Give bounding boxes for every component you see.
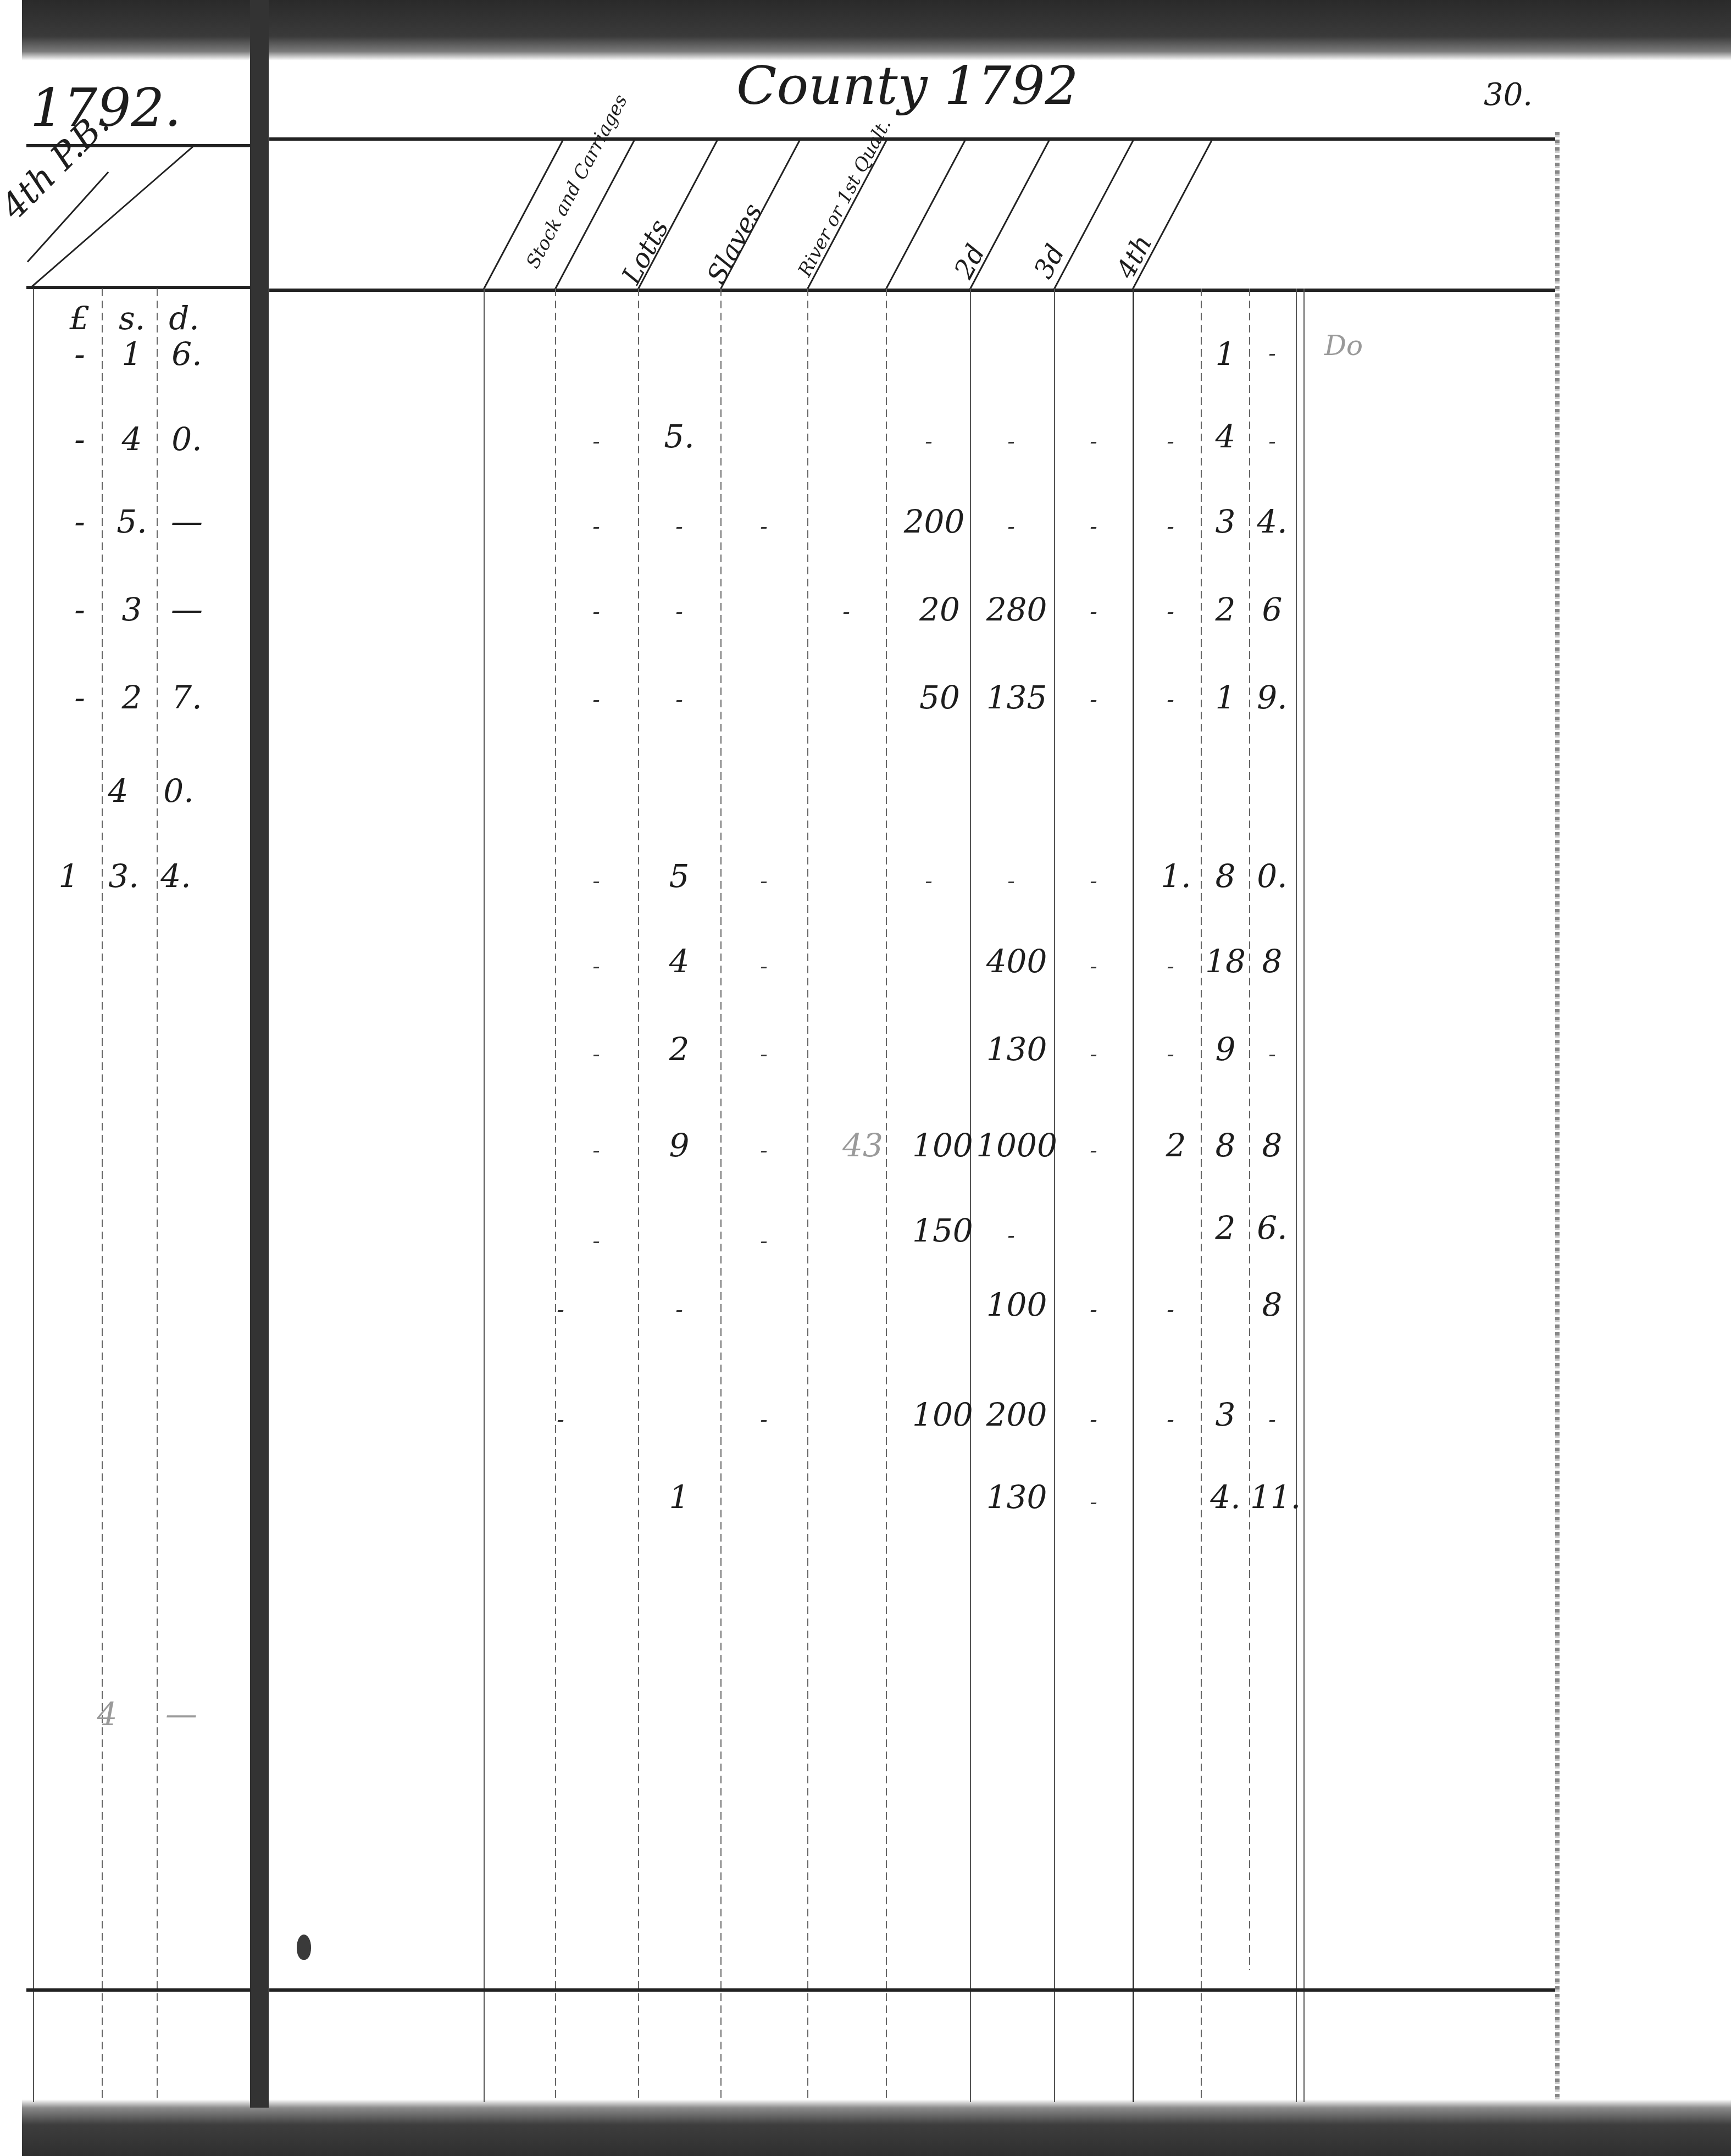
cell-total-pounds: 1 <box>1203 679 1247 716</box>
cell-stock: - <box>539 1407 582 1432</box>
subheader-pence: d. <box>165 300 203 337</box>
cell-4th: - <box>1149 1041 1192 1067</box>
column-header-lotts: Lotts <box>616 214 675 289</box>
cell-3d: - <box>1072 514 1116 539</box>
cell-lotts: - <box>657 687 701 712</box>
cell-total-pounds: 18 <box>1203 943 1247 980</box>
cell-slaves: - <box>742 1041 786 1067</box>
cell-total-shillings: 8 <box>1250 943 1294 980</box>
ink-blot-icon <box>297 1935 311 1960</box>
cell-pence: — <box>165 503 209 540</box>
cell-shillings: 4 <box>113 420 151 458</box>
cell-slaves: - <box>824 599 868 624</box>
page-number: 30. <box>1484 77 1533 113</box>
cell-2d: 130 <box>984 1478 1050 1516</box>
column-rule <box>1296 289 1297 2102</box>
cell-total-pounds: 2 <box>1203 591 1247 628</box>
header-bottom-rule <box>269 289 1555 292</box>
column-rule <box>1303 289 1305 2102</box>
column-rule <box>720 289 722 2102</box>
left-col-rule <box>33 289 34 2102</box>
cell-river: 100 <box>912 1127 973 1164</box>
cell-total-pounds: 1 <box>1203 335 1247 373</box>
cell-river: 20 <box>912 591 967 628</box>
cell-total-pounds: 4 <box>1203 418 1247 455</box>
cell-pounds: - <box>60 420 99 458</box>
cell-river: 50 <box>912 679 967 716</box>
cell-total-shillings: 8 <box>1250 1286 1294 1323</box>
page-edge-right <box>1555 132 1560 2099</box>
cell-lotts: 4 <box>657 943 701 980</box>
cell-total-shillings: 0. <box>1250 857 1294 895</box>
cell-2d: - <box>989 1223 1033 1248</box>
cell-shillings: 2 <box>113 679 151 716</box>
cell-lotts: - <box>657 1297 701 1322</box>
column-rule <box>807 289 808 2102</box>
cell-pounds: - <box>60 679 99 716</box>
cell-total-shillings: - <box>1250 1407 1294 1432</box>
cell-pence: 0. <box>165 420 209 458</box>
cell-total-pounds: 9 <box>1203 1030 1247 1068</box>
cell-2d: - <box>989 514 1033 539</box>
column-header-3d: 3d <box>1028 240 1071 284</box>
cell-4th: - <box>1149 1297 1192 1322</box>
cell-lotts: 9 <box>657 1127 701 1164</box>
cell-lotts: 5 <box>657 857 701 895</box>
column-header-slaves: Slaves <box>701 198 769 289</box>
cell-slaves: - <box>742 514 786 539</box>
cell-extra: 43 <box>835 1127 890 1164</box>
cell-total-shillings: 9. <box>1250 679 1294 716</box>
cell-3d: - <box>1072 1041 1116 1067</box>
cell-3d: - <box>1072 954 1116 979</box>
cell-4th: 2 <box>1154 1127 1198 1164</box>
cell-4th: - <box>1149 599 1192 624</box>
cell-3d: - <box>1072 429 1116 454</box>
cell-2d: - <box>989 868 1033 894</box>
cell-river: 200 <box>901 503 967 540</box>
cell-total-shillings: 8 <box>1250 1127 1294 1164</box>
page-divider <box>250 0 269 2108</box>
left-bottom-rule <box>26 1988 251 1992</box>
cell-2d: 400 <box>984 943 1050 980</box>
cell-stock: - <box>574 868 618 894</box>
cell-total-shillings: - <box>1250 429 1294 454</box>
cell-2d: 100 <box>984 1286 1050 1323</box>
cell-stock: - <box>539 1297 582 1322</box>
cell-slaves: - <box>742 1407 786 1432</box>
cell-stock: - <box>574 1041 618 1067</box>
cell-lotts: - <box>657 599 701 624</box>
cell-pence: 4. <box>154 857 198 895</box>
cell-shillings: 1 <box>113 335 151 373</box>
cell-3d: - <box>1072 1489 1116 1515</box>
cell-4th: 1. <box>1154 857 1198 895</box>
cell-stock: - <box>574 1228 618 1254</box>
cell-total-shillings: - <box>1250 341 1294 366</box>
cell-2d: - <box>989 429 1033 454</box>
cell-pence: 7. <box>165 679 209 716</box>
column-rule <box>1133 289 1134 2102</box>
cell-stock: - <box>574 1138 618 1163</box>
cell-pence: 6. <box>165 335 209 373</box>
cell-pounds: 1 <box>49 857 88 895</box>
cell-3d: - <box>1072 687 1116 712</box>
scan-shadow-top <box>22 0 1731 60</box>
column-rule <box>886 289 887 2102</box>
cell-total-shillings: 6 <box>1250 591 1294 628</box>
cell-shillings: 4 <box>99 772 137 810</box>
cell-stock: - <box>574 514 618 539</box>
cell-2d: 130 <box>984 1030 1050 1068</box>
cell-stock: - <box>574 599 618 624</box>
cell-total-shillings: 11. <box>1250 1478 1300 1516</box>
column-rule <box>1201 289 1202 2102</box>
cell-3d: - <box>1072 599 1116 624</box>
cell-4th: - <box>1149 429 1192 454</box>
cell-total-pounds: 4. <box>1203 1478 1247 1516</box>
cell-total-pounds: 8 <box>1203 857 1247 895</box>
subheader-shillings: s. <box>113 300 151 337</box>
cell-total-pounds: 2 <box>1203 1209 1247 1246</box>
header-top-rule <box>269 137 1555 141</box>
subheader-pounds: £ <box>60 300 99 337</box>
cell-total-shillings: - <box>1250 1041 1294 1067</box>
cell-total-shillings: 4. <box>1250 503 1294 540</box>
cell-stock: - <box>574 687 618 712</box>
column-rule <box>1054 289 1055 2102</box>
cell-4th: - <box>1149 954 1192 979</box>
page-title: County 1792 <box>736 55 1079 117</box>
cell-4th: - <box>1149 687 1192 712</box>
cell-river: - <box>907 429 951 454</box>
cell-2d: 200 <box>984 1396 1050 1433</box>
cell-3d: - <box>1072 1297 1116 1322</box>
cell-2d: 1000 <box>975 1127 1058 1164</box>
cell-river: 150 <box>912 1212 973 1249</box>
cell-slaves: - <box>742 868 786 894</box>
cell-pounds: - <box>60 335 99 373</box>
cell-slaves: - <box>742 954 786 979</box>
cell-slaves: - <box>742 1228 786 1254</box>
cell-2d: 280 <box>984 591 1050 628</box>
cell-stock: - <box>574 954 618 979</box>
cell-shillings: 5. <box>113 503 151 540</box>
cell-pounds: - <box>60 591 99 628</box>
cell-river: 100 <box>912 1396 973 1433</box>
cell-shillings: 3. <box>104 857 143 895</box>
column-rule <box>638 289 639 2102</box>
cell-lotts: 2 <box>657 1030 701 1068</box>
column-header-2d: 2d <box>948 240 991 284</box>
cell-river: - <box>907 868 951 894</box>
cell-4th: - <box>1149 514 1192 539</box>
cell-total-shillings: 6. <box>1250 1209 1294 1246</box>
cell-total-pounds: 3 <box>1203 1396 1247 1433</box>
left-col-rule <box>102 289 103 2102</box>
cell-pence: 0. <box>157 772 201 810</box>
cell-pence: — <box>159 1695 203 1733</box>
cell-3d: - <box>1072 868 1116 894</box>
cell-shillings: 4 <box>88 1695 126 1733</box>
cell-4th: - <box>1149 1407 1192 1432</box>
cell-lotts: - <box>657 514 701 539</box>
cell-shillings: 3 <box>113 591 151 628</box>
cell-total-pounds: 3 <box>1203 503 1247 540</box>
column-rule <box>555 289 556 2102</box>
margin-note: Do <box>1324 330 1363 362</box>
cell-pounds: - <box>60 503 99 540</box>
cell-2d: 135 <box>984 679 1050 716</box>
cell-pence: — <box>165 591 209 628</box>
scan-shadow-bottom <box>22 2099 1731 2156</box>
cell-lotts: 5. <box>657 418 701 455</box>
cell-slaves: - <box>742 1138 786 1163</box>
cell-lotts: 1 <box>657 1478 701 1516</box>
cell-stock: - <box>574 429 618 454</box>
column-header-4th: 4th <box>1111 230 1158 284</box>
cell-3d: - <box>1072 1407 1116 1432</box>
left-col-rule <box>157 289 158 2102</box>
column-rule <box>970 289 971 2102</box>
cell-total-pounds: 8 <box>1203 1127 1247 1164</box>
cell-3d: - <box>1072 1138 1116 1163</box>
bottom-rule <box>269 1988 1555 1992</box>
left-header-bottom-rule <box>26 286 251 289</box>
column-rule <box>484 289 485 2102</box>
